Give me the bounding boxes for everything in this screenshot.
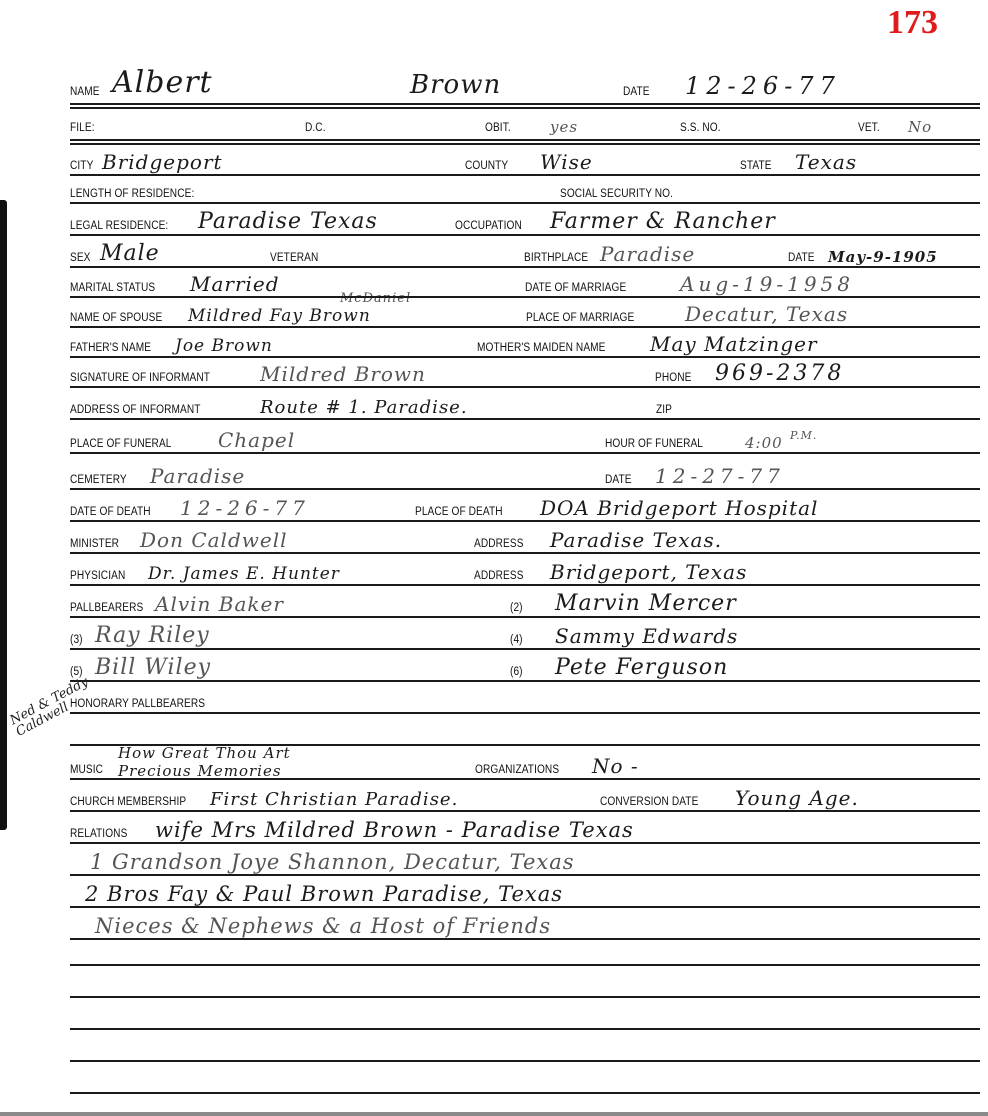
rule	[70, 680, 980, 682]
date-of-marriage-value: Aug-19-1958	[680, 272, 854, 296]
relations-line-2: 1 Grandson Joye Shannon, Decatur, Texas	[90, 850, 575, 874]
rule	[70, 552, 980, 554]
row-blank-4	[70, 1000, 980, 1030]
name-of-spouse-value: Mildred Fay Brown	[188, 306, 371, 326]
physician-label: PHYSICIAN	[70, 570, 125, 582]
rule	[70, 616, 980, 618]
minister-address-value: Paradise Texas.	[550, 528, 722, 552]
place-of-marriage-label: PLACE OF MARRIAGE	[526, 312, 634, 324]
occupation-value: Farmer & Rancher	[550, 209, 776, 234]
ss-no-label: S.S. NO.	[680, 122, 721, 134]
row-relations-1: RELATIONS wife Mrs Mildred Brown - Parad…	[70, 814, 980, 844]
fathers-name-label: FATHER'S NAME	[70, 342, 151, 354]
rule	[70, 778, 980, 780]
zip-label: ZIP	[656, 404, 672, 416]
row-informant-signature: SIGNATURE OF INFORMANT Mildred Brown PHO…	[70, 358, 980, 388]
row-funeral: PLACE OF FUNERAL Chapel HOUR OF FUNERAL …	[70, 424, 980, 454]
file-label: FILE:	[70, 122, 95, 134]
marital-status-label: MARITAL STATUS	[70, 282, 155, 294]
rule	[70, 202, 980, 204]
state-label: STATE	[740, 160, 772, 172]
row-cemetery: CEMETERY Paradise DATE 12-27-77	[70, 460, 980, 490]
pallbearer-2-number: (2)	[510, 602, 523, 614]
music-line-1: How Great Thou Art	[118, 744, 291, 762]
row-legal-residence: LEGAL RESIDENCE: Paradise Texas OCCUPATI…	[70, 206, 980, 236]
pallbearer-3: Ray Riley	[95, 623, 210, 648]
cemetery-date-label: DATE	[605, 474, 632, 486]
row-pallbearers-3: (5) Bill Wiley (6) Pete Ferguson	[70, 652, 980, 682]
rule	[70, 964, 980, 966]
rule	[70, 842, 980, 844]
pallbearer-6: Pete Ferguson	[555, 655, 728, 680]
organizations-value: No -	[592, 754, 639, 778]
minister-address-label: ADDRESS	[474, 538, 524, 550]
county-label: COUNTY	[465, 160, 508, 172]
scan-bottom-edge	[0, 1112, 988, 1116]
place-of-marriage-value: Decatur, Texas	[685, 302, 848, 326]
row-name: NAME Albert Brown DATE 12-26-77	[70, 70, 980, 102]
place-of-death-label: PLACE OF DEATH	[415, 506, 503, 518]
birthplace-value: Paradise	[600, 242, 695, 266]
row-parents: FATHER'S NAME Joe Brown MOTHER'S MAIDEN …	[70, 328, 980, 358]
rule	[70, 386, 980, 388]
pallbearer-4: Sammy Edwards	[555, 624, 738, 648]
legal-residence-value: Paradise Texas	[198, 209, 378, 234]
rule	[70, 520, 980, 522]
cemetery-value: Paradise	[150, 464, 245, 488]
phone-value: 969-2378	[715, 361, 844, 386]
date-value: 12-26-77	[685, 72, 841, 100]
relations-line-4: Nieces & Nephews & a Host of Friends	[95, 914, 551, 938]
row-informant-address: ADDRESS OF INFORMANT Route # 1. Paradise…	[70, 390, 980, 420]
date-label: DATE	[623, 86, 650, 98]
row-pallbearers-2: (3) Ray Riley (4) Sammy Edwards	[70, 620, 980, 650]
row-blank-3	[70, 968, 980, 998]
row-marital-status: MARITAL STATUS Married McDaniel DATE OF …	[70, 268, 980, 298]
row-spouse: NAME OF SPOUSE Mildred Fay Brown PLACE O…	[70, 298, 980, 328]
obit-value: yes	[550, 118, 578, 136]
rule	[70, 1092, 980, 1094]
relations-line-3: 2 Bros Fay & Paul Brown Paradise, Texas	[85, 882, 563, 906]
physician-address-value: Bridgeport, Texas	[550, 560, 747, 584]
row-death: DATE OF DEATH 12-26-77 PLACE OF DEATH DO…	[70, 492, 980, 522]
conversion-date-label: CONVERSION DATE	[600, 796, 698, 808]
row-blank-2	[70, 936, 980, 966]
state-value: Texas	[795, 150, 857, 174]
row-relations-3: 2 Bros Fay & Paul Brown Paradise, Texas	[70, 878, 980, 908]
relations-label: RELATIONS	[70, 828, 127, 840]
organizations-label: ORGANIZATIONS	[475, 764, 559, 776]
address-of-informant-label: ADDRESS OF INFORMANT	[70, 404, 201, 416]
row-church: CHURCH MEMBERSHIP First Christian Paradi…	[70, 782, 980, 812]
row-relations-2: 1 Grandson Joye Shannon, Decatur, Texas	[70, 846, 980, 876]
vet-value: No	[908, 118, 932, 136]
place-of-death-value: DOA Bridgeport Hospital	[540, 496, 818, 520]
conversion-date-value: Young Age.	[735, 786, 859, 810]
pallbearer-5: Bill Wiley	[95, 655, 211, 680]
marital-status-value: Married	[190, 272, 280, 296]
pallbearer-1: Alvin Baker	[155, 592, 284, 616]
name-of-spouse-label: NAME OF SPOUSE	[70, 312, 162, 324]
row-sex: SEX Male VETERAN BIRTHPLACE Paradise DAT…	[70, 238, 980, 268]
signature-of-informant-label: SIGNATURE OF INFORMANT	[70, 372, 210, 384]
rule	[70, 452, 980, 454]
music-label: MUSIC	[70, 764, 103, 776]
rule	[70, 234, 980, 236]
cemetery-label: CEMETERY	[70, 474, 127, 486]
rule	[70, 103, 980, 105]
pallbearer-4-number: (4)	[510, 634, 523, 646]
rule	[70, 996, 980, 998]
place-of-funeral-value: Chapel	[218, 428, 295, 452]
first-name-value: Albert	[112, 65, 213, 100]
row-honorary-pallbearers: HONORARY PALLBEARERS	[70, 684, 980, 714]
mothers-maiden-name-label: MOTHER'S MAIDEN NAME	[477, 342, 606, 354]
rule	[70, 874, 980, 876]
rule	[70, 712, 980, 714]
birth-date-value: May-9-1905	[828, 248, 938, 266]
birth-date-label: DATE	[788, 252, 815, 264]
place-of-funeral-label: PLACE OF FUNERAL	[70, 438, 172, 450]
rule	[70, 488, 980, 490]
row-physician: PHYSICIAN Dr. James E. Hunter ADDRESS Br…	[70, 556, 980, 586]
date-of-death-value: 12-26-77	[180, 496, 310, 520]
occupation-label: OCCUPATION	[455, 220, 522, 232]
physician-value: Dr. James E. Hunter	[148, 564, 340, 584]
birthplace-label: BIRTHPLACE	[524, 252, 588, 264]
pallbearer-2: Marvin Mercer	[555, 591, 737, 616]
dc-label: D.C.	[305, 122, 326, 134]
minister-value: Don Caldwell	[140, 528, 288, 552]
last-name-value: Brown	[410, 70, 501, 100]
signature-of-informant-value: Mildred Brown	[260, 362, 426, 386]
church-membership-value: First Christian Paradise.	[210, 789, 458, 810]
sex-value: Male	[100, 241, 160, 266]
row-blank-1	[70, 716, 980, 746]
hour-of-funeral-suffix: P.M.	[790, 429, 817, 442]
relations-line-1: wife Mrs Mildred Brown - Paradise Texas	[155, 818, 634, 842]
fathers-name-value: Joe Brown	[175, 336, 273, 356]
legal-residence-label: LEGAL RESIDENCE:	[70, 220, 168, 232]
row-music: MUSIC How Great Thou Art Precious Memori…	[70, 750, 980, 780]
rule	[70, 810, 980, 812]
sex-label: SEX	[70, 252, 91, 264]
city-label: CITY	[70, 160, 93, 172]
pallbearers-label: PALLBEARERS	[70, 602, 143, 614]
church-membership-label: CHURCH MEMBERSHIP	[70, 796, 186, 808]
rule	[70, 1028, 980, 1030]
minister-label: MINISTER	[70, 538, 119, 550]
row-blank-6	[70, 1064, 980, 1094]
rule	[70, 418, 980, 420]
rule	[70, 906, 980, 908]
rule	[70, 648, 980, 650]
vet-label: VET.	[858, 122, 880, 134]
obit-label: OBIT.	[485, 122, 511, 134]
length-of-residence-label: LENGTH OF RESIDENCE:	[70, 188, 194, 200]
rule	[70, 584, 980, 586]
pallbearer-3-number: (3)	[70, 634, 83, 646]
social-security-label: SOCIAL SECURITY NO.	[560, 188, 673, 200]
physician-address-label: ADDRESS	[474, 570, 524, 582]
address-of-informant-value: Route # 1. Paradise.	[260, 397, 468, 418]
row-file: FILE: D.C. OBIT. yes S.S. NO. VET. No	[70, 108, 980, 138]
date-of-death-label: DATE OF DEATH	[70, 506, 151, 518]
city-value: Bridgeport	[102, 150, 223, 174]
county-value: Wise	[540, 150, 593, 174]
row-minister: MINISTER Don Caldwell ADDRESS Paradise T…	[70, 524, 980, 554]
hour-of-funeral-label: HOUR OF FUNERAL	[605, 438, 703, 450]
pallbearer-6-number: (6)	[510, 666, 523, 678]
veteran-label: VETERAN	[270, 252, 318, 264]
row-residence-length: LENGTH OF RESIDENCE: SOCIAL SECURITY NO.	[70, 174, 980, 204]
row-blank-5	[70, 1032, 980, 1062]
date-of-marriage-label: DATE OF MARRIAGE	[525, 282, 626, 294]
cemetery-date-value: 12-27-77	[655, 464, 785, 488]
hour-of-funeral-value: 4:00	[745, 434, 783, 452]
row-city: CITY Bridgeport COUNTY Wise STATE Texas	[70, 146, 980, 176]
mothers-maiden-name-value: May Matzinger	[650, 332, 818, 356]
phone-label: PHONE	[655, 372, 691, 384]
rule	[70, 1060, 980, 1062]
row-pallbearers-1: PALLBEARERS Alvin Baker (2) Marvin Merce…	[70, 588, 980, 618]
name-label: NAME	[70, 86, 100, 98]
rule	[70, 139, 980, 141]
binding-edge	[0, 200, 7, 830]
page-number: 173	[887, 4, 938, 42]
